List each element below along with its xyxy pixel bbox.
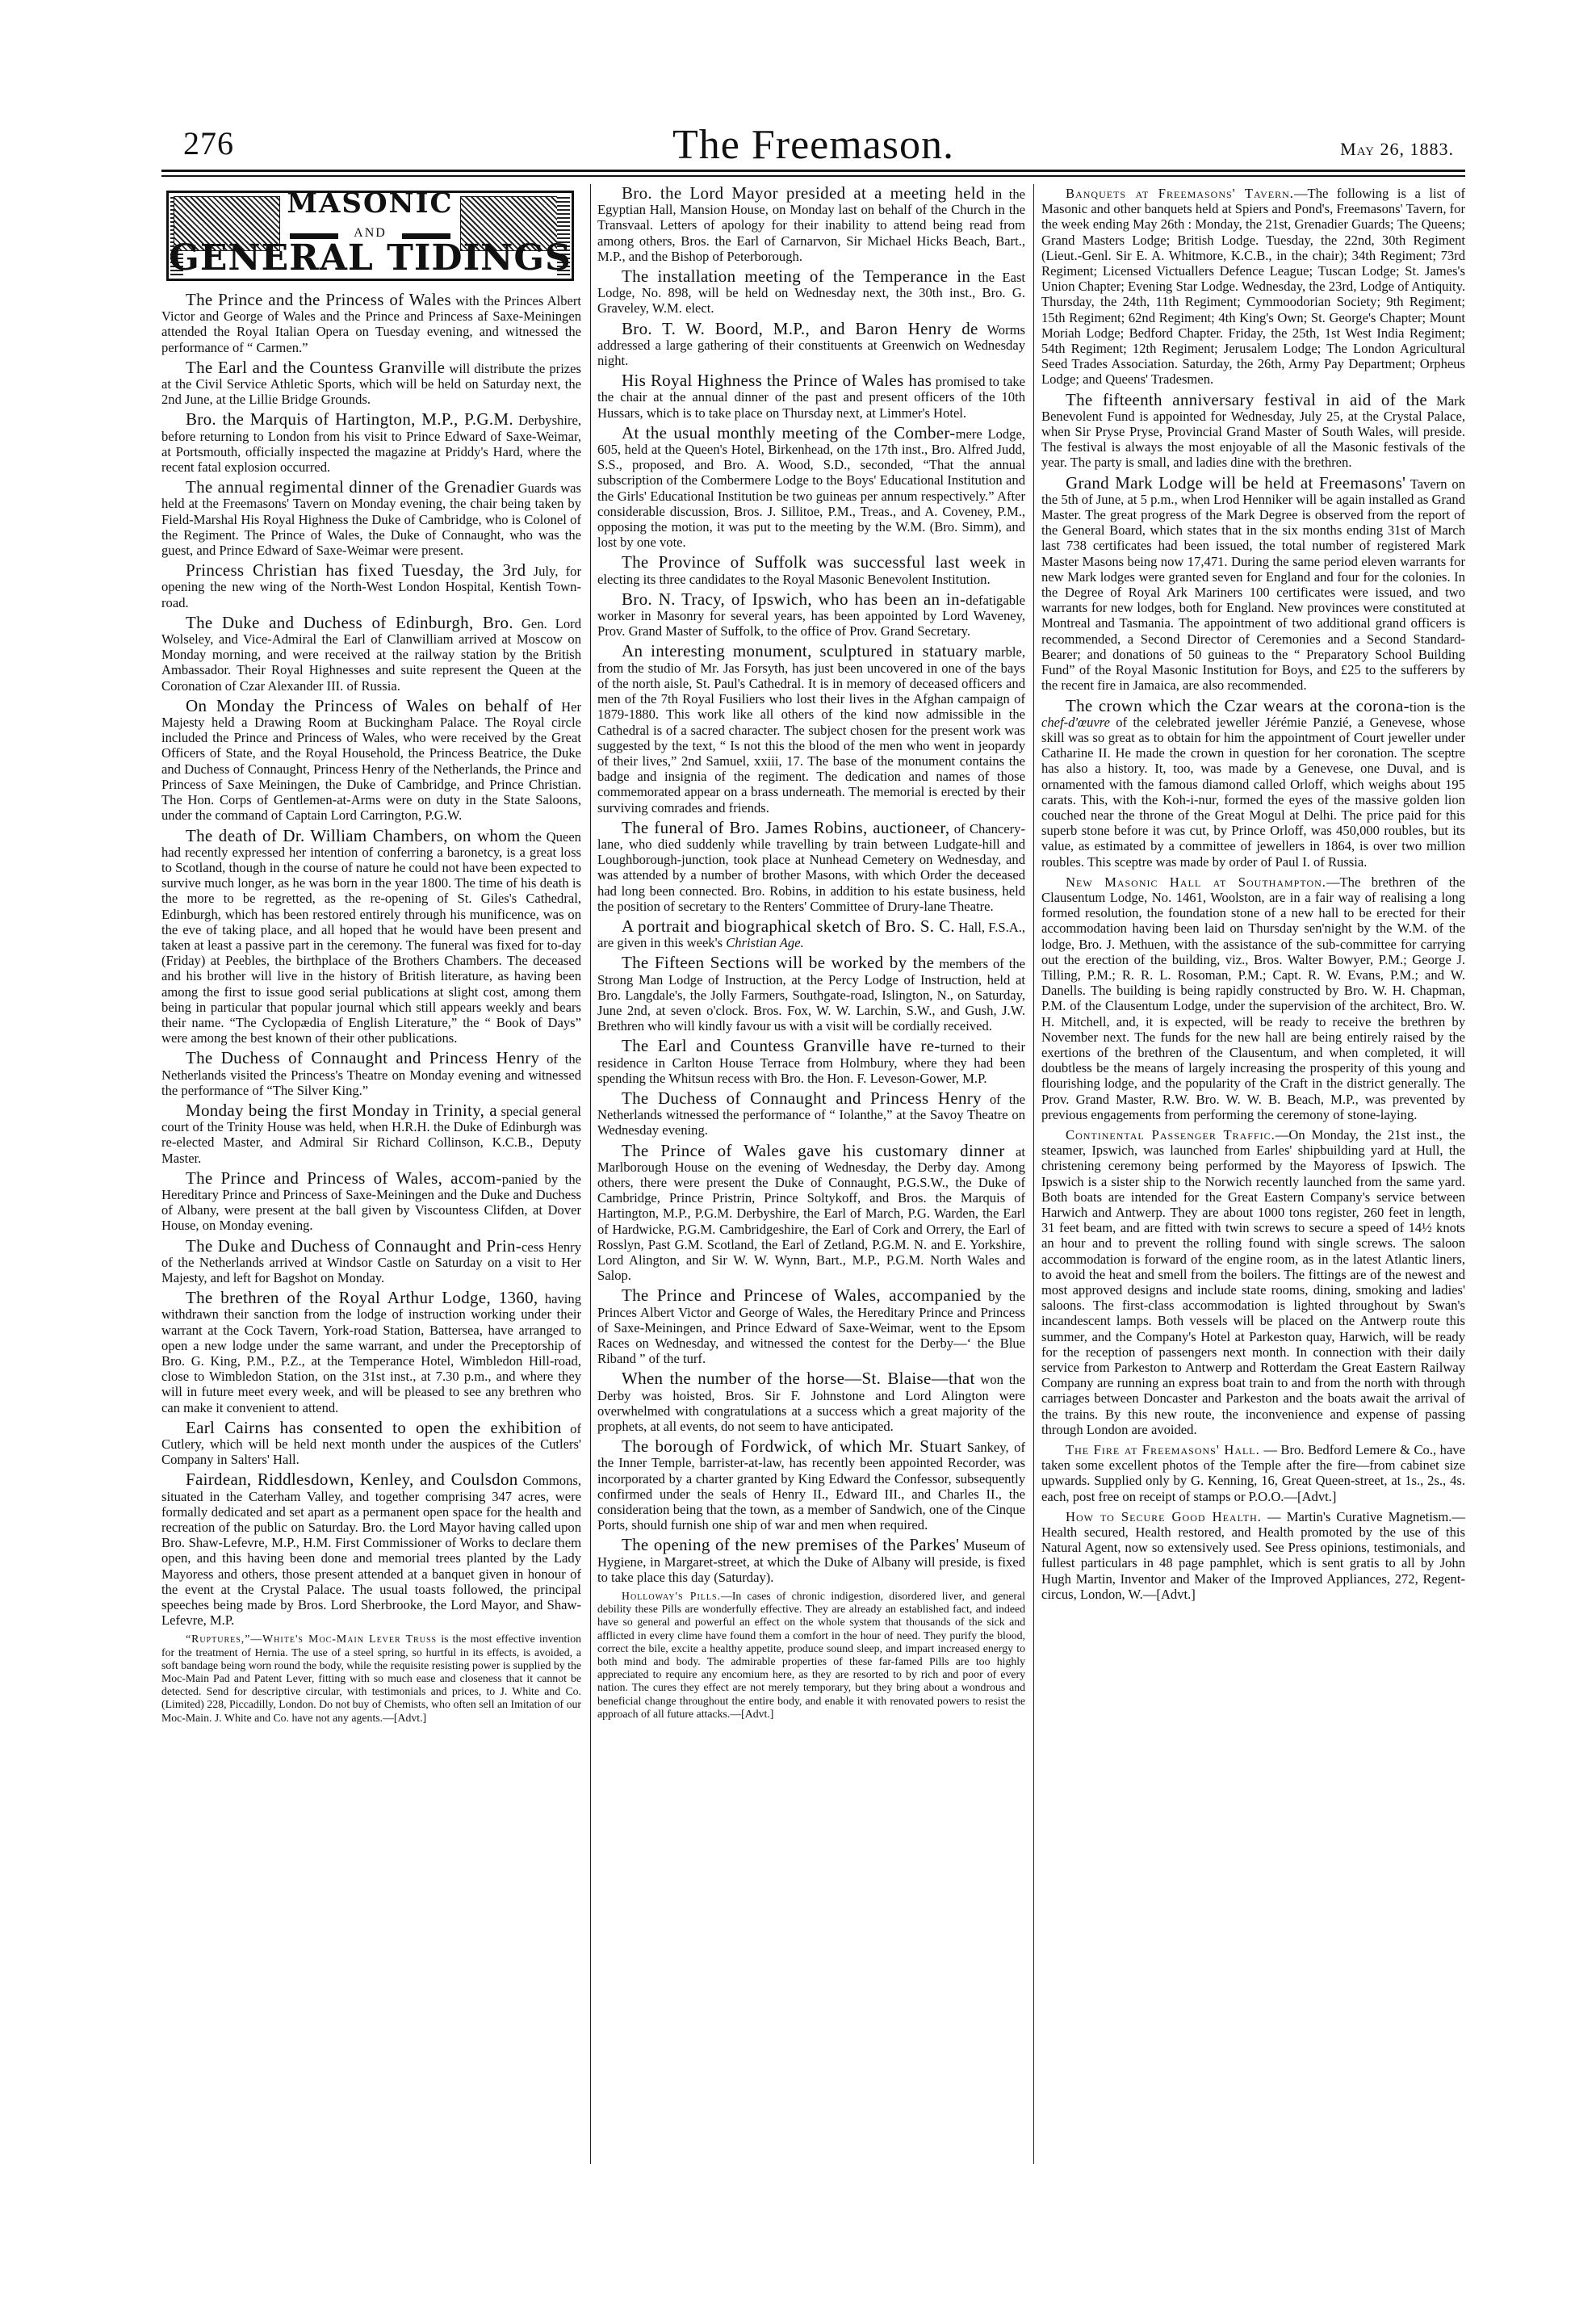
emblem-title-masonic: MASONIC: [169, 196, 572, 212]
paragraph-heading: Banquets at Freemasons' Tavern.: [1066, 186, 1294, 201]
article-paragraph: The funeral of Bro. James Robins, auctio…: [597, 820, 1025, 914]
article-paragraph: When the number of the horse—St. Blaise—…: [597, 1371, 1025, 1434]
article-paragraph: Bro. the Lord Mayor presided at a meetin…: [597, 186, 1025, 264]
article-paragraph: The Prince of Wales gave his customary d…: [597, 1143, 1025, 1284]
paragraph-lead: Fairdean, Riddlesdown, Kenley, and Couls…: [186, 1470, 518, 1489]
paragraph-heading: New Masonic Hall at Southampton.: [1066, 874, 1326, 890]
paragraph-lead: His Royal Highness the Prince of Wales h…: [622, 371, 932, 390]
paragraph-lead: The Duke and Duchess of Edinburgh, Bro.: [186, 613, 513, 632]
article-paragraph: The death of Dr. William Chambers, on wh…: [161, 828, 581, 1046]
paragraph-text: —On Monday, the 21st inst., the steamer,…: [1041, 1127, 1465, 1437]
article-paragraph: Grand Mark Lodge will be held at Freemas…: [1041, 476, 1465, 694]
paragraph-lead: A portrait and biographical sketch of Br…: [622, 916, 955, 936]
paragraph-lead: Monday being the first Monday in Trinity…: [186, 1101, 497, 1120]
header-rule-secondary: [161, 175, 1465, 177]
paragraph-lead: Earl Cairns has consented to open the ex…: [186, 1418, 562, 1437]
article-paragraph: The Duchess of Connaught and Princess He…: [161, 1050, 581, 1098]
paragraph-lead: The Prince and Princess of Wales, accom-: [186, 1168, 502, 1188]
article-paragraph: The Fire at Freemasons' Hall. — Bro. Bed…: [1041, 1442, 1465, 1504]
paragraph-lead: The Earl and Countess Granville have re-: [622, 1036, 940, 1055]
article-paragraph: Continental Passenger Traffic.—On Monday…: [1041, 1127, 1465, 1437]
article-paragraph: The Duke and Duchess of Edinburgh, Bro. …: [161, 615, 581, 694]
paragraph-lead: The Earl and the Countess Granville: [186, 358, 445, 377]
paragraph-lead: The Prince and Princese of Wales, accomp…: [622, 1285, 981, 1305]
paragraph-text: Commons, situated in the Caterham Valley…: [161, 1473, 581, 1628]
article-list: The Prince and the Princess of Wales wit…: [161, 292, 581, 1628]
article-paragraph: An interesting monument, sculptured in s…: [597, 644, 1025, 815]
article-paragraph: Monday being the first Monday in Trinity…: [161, 1103, 581, 1166]
page-header: 276 The Freemason. May 26, 1883.: [161, 121, 1465, 166]
paragraph-lead: The Fifteen Sections will be worked by t…: [622, 953, 934, 972]
paragraph-lead: The fifteenth anniversary festival in ai…: [1066, 390, 1427, 409]
paragraph-lead: At the usual monthly meeting of the Comb…: [622, 423, 956, 442]
column-divider: [1033, 184, 1034, 2164]
paragraph-lead: The death of Dr. William Chambers, on wh…: [186, 826, 521, 845]
paragraph-lead: Princess Christian has fixed Tuesday, th…: [186, 560, 526, 580]
paragraph-lead: An interesting monument, sculptured in s…: [622, 641, 978, 660]
article-paragraph: The annual regimental dinner of the Gren…: [161, 480, 581, 558]
header-rule: [161, 170, 1465, 172]
paragraph-lead: The Duke and Duchess of Connaught and Pr…: [186, 1236, 522, 1256]
emblem-title-general-tidings: GENERAL TIDINGS: [169, 240, 572, 277]
paragraph-lead: When the number of the horse—St. Blaise—…: [622, 1369, 975, 1388]
paragraph-heading: How to Secure Good Health.: [1066, 1509, 1262, 1524]
paragraph-lead: The annual regimental dinner of the Gren…: [186, 477, 514, 497]
article-paragraph: The installation meeting of the Temperan…: [597, 269, 1025, 317]
article-paragraph: The Duchess of Connaught and Princess He…: [597, 1091, 1025, 1138]
paragraph-lead: Bro. the Marquis of Hartington, M.P., P.…: [186, 409, 513, 429]
article-paragraph: His Royal Highness the Prince of Wales h…: [597, 373, 1025, 421]
article-paragraph: The brethren of the Royal Arthur Lodge, …: [161, 1290, 581, 1415]
paragraph-heading: Continental Passenger Traffic.: [1066, 1127, 1276, 1143]
paragraph-lead: The brethren of the Royal Arthur Lodge, …: [186, 1288, 538, 1307]
paragraph-lead: The Province of Suffolk was successful l…: [622, 552, 1006, 572]
article-paragraph: Banquets at Freemasons' Tavern.—The foll…: [1041, 186, 1465, 388]
paragraph-lead: The Prince and the Princess of Wales: [186, 290, 451, 309]
paragraph-lead: The borough of Fordwick, of which Mr. St…: [622, 1436, 961, 1456]
article-paragraph: A portrait and biographical sketch of Br…: [597, 919, 1025, 950]
column-1: MASONIC AND GENERAL TIDINGS The Prince a…: [161, 186, 581, 1730]
article-paragraph: Bro. T. W. Boord, M.P., and Baron Henry …: [597, 321, 1025, 369]
advertisement-ruptures: “Ruptures,”—White's Moc-Main Lever Truss…: [161, 1633, 581, 1724]
article-list: Banquets at Freemasons' Tavern.—The foll…: [1041, 186, 1465, 1602]
article-paragraph: The Earl and Countess Granville have re-…: [597, 1038, 1025, 1086]
article-paragraph: The Earl and the Countess Granville will…: [161, 360, 581, 408]
article-paragraph: The Province of Suffolk was successful l…: [597, 555, 1025, 586]
article-paragraph: The Prince and Princese of Wales, accomp…: [597, 1288, 1025, 1366]
paragraph-lead: Bro. N. Tracy, of Ipswich, who has been …: [622, 589, 966, 609]
paragraph-text: mere Lodge, 605, held at the Queen's Hot…: [597, 426, 1025, 550]
article-paragraph: The fifteenth anniversary festival in ai…: [1041, 392, 1465, 471]
advertisement-holloways-pills: Holloway's Pills.—In cases of chronic in…: [597, 1590, 1025, 1721]
paragraph-lead: The installation meeting of the Temperan…: [622, 266, 970, 286]
article-paragraph: At the usual monthly meeting of the Comb…: [597, 426, 1025, 551]
article-paragraph: New Masonic Hall at Southampton.—The bre…: [1041, 874, 1465, 1122]
paragraph-text: marble, from the studio of Mr. Jas Forsy…: [597, 644, 1025, 815]
article-list: Bro. the Lord Mayor presided at a meetin…: [597, 186, 1025, 1585]
paragraph-lead: The Duchess of Connaught and Princess He…: [186, 1048, 539, 1067]
paragraph-text: Tavern on the 5th of June, at 5 p.m., wh…: [1041, 476, 1465, 694]
paragraph-lead: The funeral of Bro. James Robins, auctio…: [622, 818, 949, 837]
article-paragraph: Bro. N. Tracy, of Ipswich, who has been …: [597, 592, 1025, 639]
paragraph-text: —The brethren of the Clausentum Lodge, N…: [1041, 874, 1465, 1122]
article-paragraph: The Duke and Duchess of Connaught and Pr…: [161, 1239, 581, 1286]
article-paragraph: The crown which the Czar wears at the co…: [1041, 698, 1465, 870]
paragraph-text: at Marlborough House on the evening of W…: [597, 1144, 1025, 1284]
paragraph-lead: On Monday the Princess of Wales on behal…: [186, 696, 553, 715]
paragraph-lead: Bro. T. W. Boord, M.P., and Baron Henry …: [622, 319, 978, 338]
paragraph-lead: The Duchess of Connaught and Princess He…: [622, 1088, 982, 1108]
paragraph-lead: The Prince of Wales gave his customary d…: [622, 1141, 1005, 1160]
paragraph-lead: Grand Mark Lodge will be held at Freemas…: [1066, 473, 1405, 493]
article-paragraph: The Fifteen Sections will be worked by t…: [597, 955, 1025, 1034]
paragraph-text: —The following is a list of Masonic and …: [1041, 186, 1465, 387]
masthead-title: The Freemason.: [161, 121, 1465, 169]
paragraph-lead: The crown which the Czar wears at the co…: [1066, 696, 1410, 715]
article-paragraph: The borough of Fordwick, of which Mr. St…: [597, 1439, 1025, 1533]
article-paragraph: On Monday the Princess of Wales on behal…: [161, 698, 581, 824]
article-paragraph: Earl Cairns has consented to open the ex…: [161, 1420, 581, 1468]
paragraph-text: Her Majesty held a Drawing Room at Bucki…: [161, 699, 581, 823]
column-3: Banquets at Freemasons' Tavern.—The foll…: [1041, 186, 1465, 1607]
article-paragraph: Princess Christian has fixed Tuesday, th…: [161, 563, 581, 610]
article-paragraph: Bro. the Marquis of Hartington, M.P., P.…: [161, 412, 581, 475]
paragraph-text: the Queen had recently expressed her int…: [161, 829, 581, 1046]
paragraph-italic: Christian Age.: [726, 935, 804, 950]
article-paragraph: The Prince and Princess of Wales, accom-…: [161, 1171, 581, 1234]
masonic-general-tidings-emblem: MASONIC AND GENERAL TIDINGS: [166, 191, 574, 281]
issue-date: May 26, 1883.: [1340, 139, 1454, 160]
article-paragraph: Fairdean, Riddlesdown, Kenley, and Couls…: [161, 1472, 581, 1628]
paragraph-heading: The Fire at Freemasons' Hall.: [1066, 1442, 1260, 1457]
paragraph-lead: Bro. the Lord Mayor presided at a meetin…: [622, 183, 985, 203]
paragraph-text-tail: of the celebrated jeweller Jérémie Panzi…: [1041, 715, 1465, 870]
article-paragraph: The Prince and the Princess of Wales wit…: [161, 292, 581, 355]
paragraph-text: having withdrawn their sanction from the…: [161, 1291, 581, 1415]
paragraph-italic: chef-d'œuvre: [1041, 715, 1110, 730]
column-2: Bro. the Lord Mayor presided at a meetin…: [597, 186, 1025, 1725]
column-divider: [590, 184, 591, 2164]
paragraph-lead: The opening of the new premises of the P…: [622, 1535, 959, 1554]
article-paragraph: The opening of the new premises of the P…: [597, 1537, 1025, 1585]
paragraph-text: tion is the: [1410, 699, 1465, 715]
article-paragraph: How to Secure Good Health. — Martin's Cu…: [1041, 1509, 1465, 1602]
